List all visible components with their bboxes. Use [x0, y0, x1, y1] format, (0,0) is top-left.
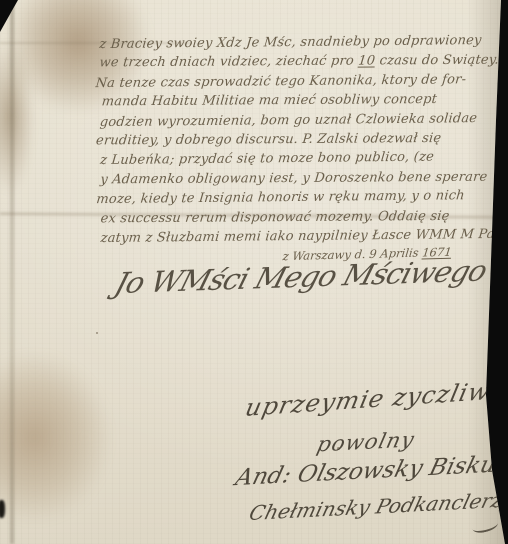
stain-left-edge	[0, 40, 46, 260]
dateline-place-date: z Warszawy d. 9 Aprilis	[282, 246, 423, 264]
dateline: z Warszawy d. 9 Aprilis 1671	[282, 245, 453, 263]
stain-top-left	[6, 0, 166, 150]
ink-speck	[352, 468, 354, 470]
flourished-valediction: Jo WMści Mego Mściwego Pana	[111, 254, 485, 301]
closing-line-2: powolny	[315, 428, 418, 457]
scanned-letter-scene: z Braciey swoiey Xdz Je Mśc, snadnieby p…	[0, 0, 508, 544]
handwritten-line: godzien wyrozumienia, bom go uznał Czlow…	[99, 109, 493, 133]
handwritten-line: Na tenze czas sprowadzić tego Kanonika, …	[95, 70, 493, 94]
edge-notch-shadow	[0, 500, 5, 518]
stain-bottom-left	[0, 352, 128, 542]
handwritten-line: zatym z Słuzbami memi iako naypilniey Ła…	[100, 225, 494, 249]
handwritten-line: eruditiey, y dobrego discursu. P. Zalski…	[95, 129, 493, 151]
vertical-fold-line	[10, 0, 14, 544]
signature-flourish-mark	[471, 517, 499, 535]
handwritten-line: we trzech dniach vidziec, ziechać pro 10…	[99, 51, 493, 73]
handwritten-line: z Braciey swoiey Xdz Je Mśc, snadnieby p…	[98, 31, 492, 55]
faint-crease	[0, 42, 190, 44]
closing-line-1: uprzeymie zyczliwy	[243, 376, 508, 422]
signature-name-line: And: Olszowsky Biskup	[233, 451, 508, 491]
dateline-year-underlined: 1671	[421, 245, 452, 260]
paper-sheet: z Braciey swoiey Xdz Je Mśc, snadnieby p…	[0, 0, 508, 544]
handwritten-line: ex successu rerum disponować mozemy. Odd…	[100, 206, 494, 228]
letter-body: z Braciey swoiey Xdz Je Mśc, snadnieby p…	[99, 32, 492, 248]
ink-speck	[337, 447, 340, 450]
handwritten-line: y Adamenko obligowany iest, y Doroszenko…	[99, 167, 493, 189]
handwritten-line: moze, kiedy te Insignia honoris w ręku m…	[95, 186, 493, 210]
handwritten-line: manda Habitu Militiae ma mieć osobliwy c…	[101, 90, 493, 112]
horizontal-crease	[0, 212, 508, 219]
handwritten-line: z Lubeńka; przydać się to moze bono publ…	[99, 147, 493, 171]
signature-title-line: Chełminsky Podkanclerzy Kor.	[247, 485, 508, 525]
ink-speck	[96, 332, 98, 334]
